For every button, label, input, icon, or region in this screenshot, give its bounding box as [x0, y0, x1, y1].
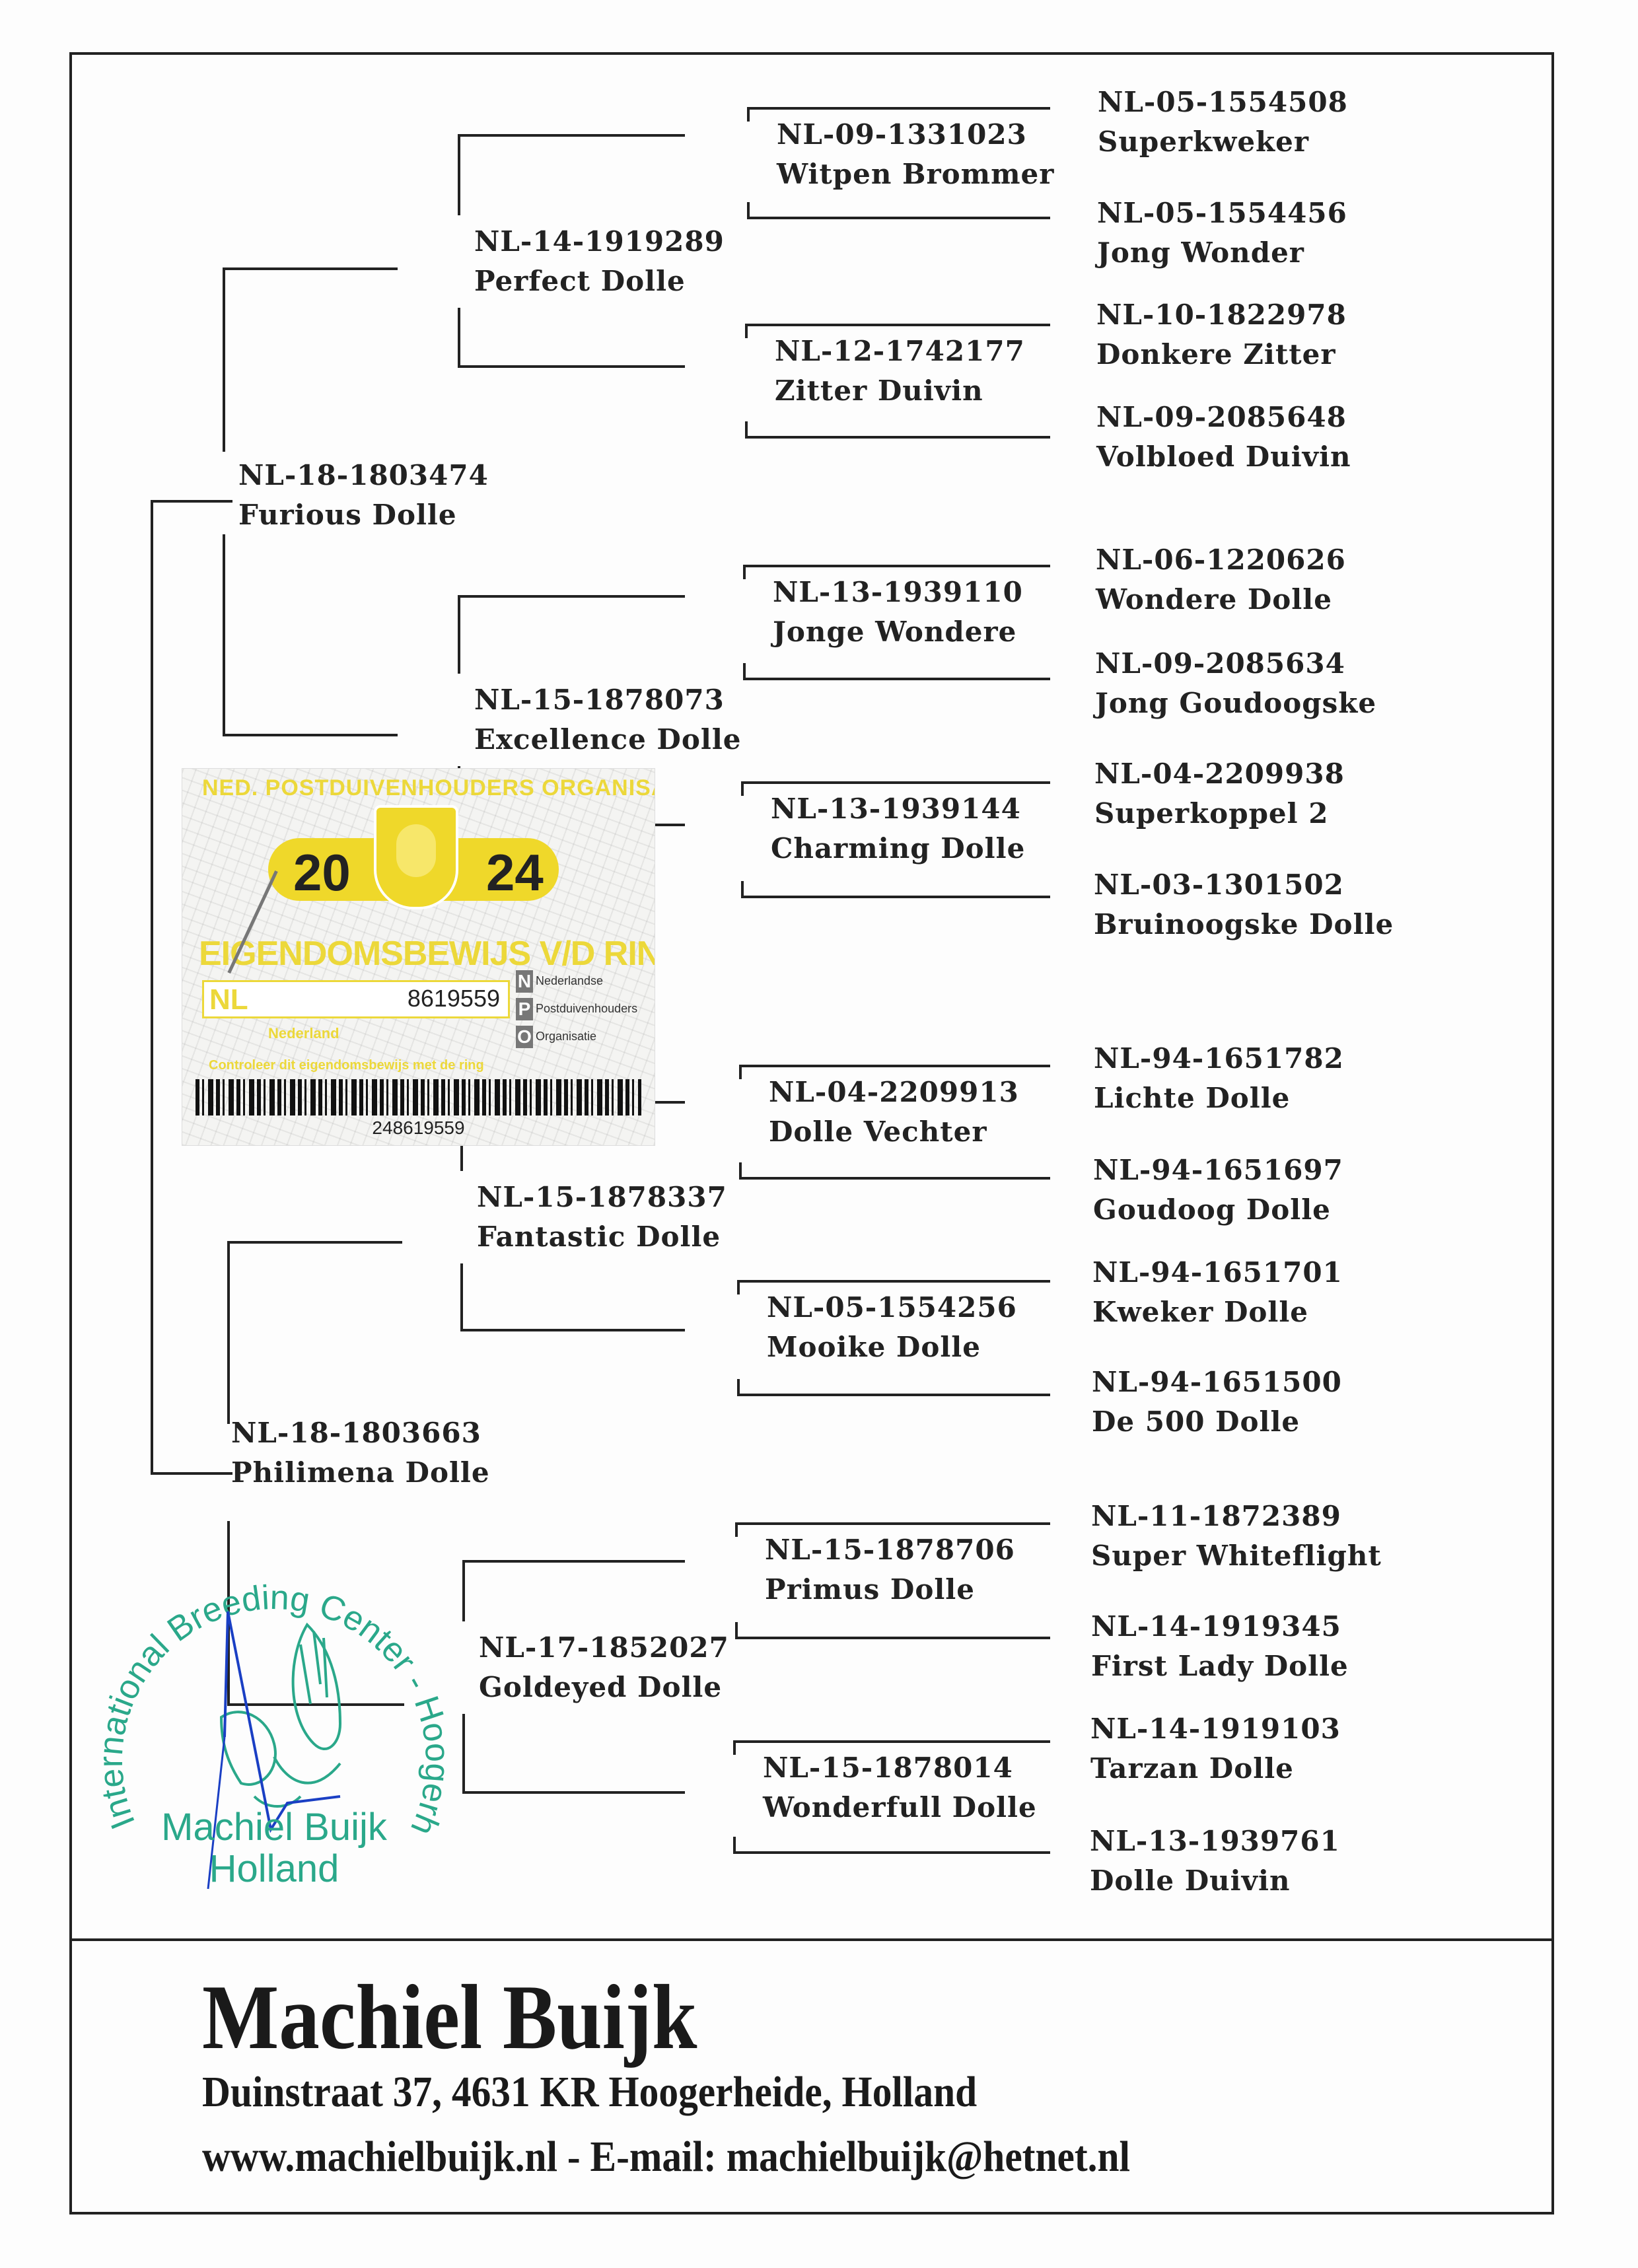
bird-name: Volbloed Duivin [1096, 437, 1351, 477]
bracket-line [747, 107, 1050, 110]
npo-letter-n: N [516, 970, 533, 993]
bracket-line [737, 1280, 1050, 1283]
bird-name: Jong Goudoogske [1095, 684, 1376, 723]
bird-name: Primus Dolle [765, 1570, 1015, 1610]
ring-number: NL-94-1651500 [1092, 1363, 1342, 1402]
eagle-icon [221, 1625, 340, 1806]
bird-name: Furious Dolle [238, 495, 489, 535]
bird-name: Philimena Dolle [231, 1453, 490, 1493]
bird-name: Superkoppel 2 [1094, 794, 1345, 833]
bracket-line [735, 1522, 738, 1537]
ring-number: NL-14-1919103 [1090, 1709, 1341, 1749]
bird-gen3: NL-13-1939144Charming Dolle [771, 789, 1025, 868]
bird-gen4: NL-05-1554508Superkweker [1098, 83, 1348, 162]
bird-gen4: NL-06-1220626Wondere Dolle [1096, 540, 1346, 620]
bird-gen4: NL-11-1872389Super Whiteflight [1091, 1497, 1382, 1576]
bracket-line [733, 1740, 1050, 1743]
bird-name: Wonderfull Dolle [763, 1788, 1037, 1827]
lion-crest-icon [374, 805, 458, 909]
bird-name: Kweker Dolle [1092, 1293, 1343, 1332]
bracket-line [741, 896, 1050, 898]
bracket-line [745, 436, 1050, 439]
bird-gen3: NL-05-1554256Mooike Dolle [767, 1288, 1017, 1367]
bracket-line [739, 1162, 742, 1177]
bird-gen4: NL-94-1651697Goudoog Dolle [1093, 1151, 1343, 1230]
bird-name: Wondere Dolle [1096, 580, 1346, 620]
bracket-line [460, 1263, 463, 1330]
ring-number: NL-05-1554508 [1098, 83, 1348, 122]
svg-text:International Breeding Center: International Breeding Center - Hoogerhe… [89, 1545, 456, 1841]
bracket-line [458, 134, 460, 215]
ring-number: NL-15-1878337 [477, 1178, 727, 1217]
ring-number: NL-13-1939144 [771, 789, 1025, 829]
bird-gen2: NL-14-1919289Perfect Dolle [474, 222, 725, 301]
bird-gen4: NL-13-1939761Dolle Duivin [1090, 1822, 1340, 1901]
ring-number: NL-15-1878014 [763, 1748, 1037, 1788]
bracket-line [739, 1065, 742, 1079]
bird-name: Super Whiteflight [1091, 1536, 1382, 1576]
bracket-line [223, 269, 225, 452]
card-ring-number: 8619559 [408, 985, 500, 1012]
bracket-line [743, 663, 746, 678]
bird-name: Donkere Zitter [1096, 335, 1347, 374]
bird-name: First Lady Dolle [1091, 1647, 1349, 1686]
bird-gen2: NL-15-1878073Excellence Dolle [474, 680, 742, 760]
breeder-contact: www.machielbuijk.nl - E-mail: machielbui… [202, 2132, 1130, 2182]
bird-gen4: NL-05-1554456Jong Wonder [1097, 194, 1347, 273]
ring-number: NL-03-1301502 [1094, 865, 1394, 905]
ring-number: NL-17-1852027 [479, 1628, 729, 1668]
bracket-line [458, 134, 685, 137]
bird-name: Mooike Dolle [767, 1328, 1017, 1367]
bracket-line [735, 1622, 738, 1637]
bracket-line [737, 1379, 740, 1394]
npo-line: Postduivenhouders [536, 1002, 637, 1015]
bracket-line [733, 1740, 736, 1755]
bird-gen4: NL-14-1919345First Lady Dolle [1091, 1607, 1349, 1686]
breeder-stamp: International Breeding Center - Hoogerhe… [89, 1545, 459, 1915]
bird-name: Dolle Duivin [1090, 1861, 1340, 1901]
ring-number: NL-18-1803474 [238, 456, 489, 495]
ring-number: NL-05-1554256 [767, 1288, 1017, 1328]
bird-gen4: NL-10-1822978Donkere Zitter [1096, 295, 1347, 374]
bracket-line [743, 565, 1050, 567]
bird-gen4: NL-04-2209938Superkoppel 2 [1094, 754, 1345, 833]
npo-logo: NNederlandse PPostduivenhouders OOrganis… [516, 967, 637, 1050]
ring-number: NL-06-1220626 [1096, 540, 1346, 580]
bracket-line [735, 1637, 1050, 1639]
bracket-line [747, 217, 1050, 219]
bird-name: Superkweker [1098, 122, 1348, 162]
bird-gen2: NL-17-1852027Goldeyed Dolle [479, 1628, 729, 1707]
bird-gen3: NL-15-1878706Primus Dolle [765, 1530, 1015, 1610]
bracket-line [737, 1280, 740, 1294]
bracket-line [745, 324, 748, 338]
bracket-line [735, 1522, 1050, 1525]
bracket-line [745, 421, 748, 436]
bracket-line [745, 324, 1050, 326]
bracket-line [151, 501, 153, 1475]
ring-number: NL-09-2085648 [1096, 398, 1351, 437]
card-country: Nederland [268, 1025, 339, 1042]
bird-gen3: NL-12-1742177Zitter Duivin [775, 332, 1025, 411]
bird-name: Excellence Dolle [474, 720, 742, 760]
bird-name: Bruinoogske Dolle [1094, 905, 1394, 944]
ring-number: NL-94-1651697 [1093, 1151, 1343, 1190]
npo-letter-p: P [516, 998, 533, 1020]
bird-gen3: NL-13-1939110Jonge Wondere [773, 573, 1023, 652]
country-code: NL [209, 983, 248, 1016]
bracket-line [223, 267, 398, 270]
breeder-address: Duinstraat 37, 4631 KR Hoogerheide, Holl… [202, 2067, 977, 2117]
ring-number: NL-13-1939110 [773, 573, 1023, 612]
bracket-line [458, 595, 460, 674]
bracket-line [741, 781, 1050, 784]
ring-number: NL-11-1872389 [1091, 1497, 1382, 1536]
bracket-line [741, 881, 744, 896]
bird-name: Goldeyed Dolle [479, 1668, 729, 1707]
npo-letter-o: O [516, 1026, 533, 1048]
bracket-line [227, 1242, 230, 1424]
ring-number: NL-12-1742177 [775, 332, 1025, 371]
card-organisation: NED. POSTDUIVENHOUDERS ORGANISATIE [202, 775, 655, 801]
ring-number: NL-05-1554456 [1097, 194, 1347, 233]
bird-dam: NL-18-1803663 Philimena Dolle [231, 1413, 490, 1493]
npo-line: Organisatie [536, 1030, 596, 1043]
bird-gen3: NL-09-1331023Witpen Brommer [777, 115, 1054, 194]
bracket-line [737, 1394, 1050, 1396]
bracket-line [747, 202, 750, 217]
bracket-line [462, 1560, 685, 1563]
year-right: 24 [486, 843, 544, 903]
stamp-country: Holland [89, 1848, 459, 1890]
bracket-line [741, 781, 744, 796]
bird-gen3: NL-15-1878014Wonderfull Dolle [763, 1748, 1037, 1827]
bird-name: Jonge Wondere [773, 612, 1023, 652]
bracket-line [151, 500, 232, 503]
bracket-line [747, 107, 750, 122]
bracket-line [739, 1177, 1050, 1180]
ring-number: NL-10-1822978 [1096, 295, 1347, 335]
ring-number: NL-14-1919345 [1091, 1607, 1349, 1647]
npo-line: Nederlandse [536, 974, 603, 987]
bracket-line [743, 565, 746, 579]
bracket-line [462, 1791, 685, 1794]
bird-gen4: NL-09-2085634Jong Goudoogske [1095, 644, 1376, 723]
bird-gen2: NL-15-1878337Fantastic Dolle [477, 1178, 727, 1257]
bird-gen4: NL-14-1919103Tarzan Dolle [1090, 1709, 1341, 1789]
bird-name: Witpen Brommer [777, 155, 1054, 194]
barcode [196, 1079, 641, 1116]
ring-number: NL-09-1331023 [777, 115, 1054, 155]
bracket-line [458, 595, 685, 598]
bird-gen4: NL-09-2085648Volbloed Duivin [1096, 398, 1351, 477]
ring-number: NL-15-1878073 [474, 680, 742, 720]
bird-name: Charming Dolle [771, 829, 1025, 868]
bird-name: Goudoog Dolle [1093, 1190, 1343, 1230]
bird-name: Jong Wonder [1097, 233, 1347, 273]
ring-number: NL-04-2209913 [769, 1073, 1019, 1112]
ring-number: NL-94-1651701 [1092, 1253, 1343, 1293]
breeder-name: Machiel Buijk [202, 1968, 697, 2067]
card-check-text: Controleer dit eigendomsbewijs met de ri… [209, 1058, 484, 1073]
bird-name: Perfect Dolle [474, 262, 725, 301]
ring-number: NL-13-1939761 [1090, 1822, 1340, 1861]
bracket-line [739, 1065, 1050, 1067]
bird-name: Fantastic Dolle [477, 1217, 727, 1257]
barcode-number: 248619559 [182, 1117, 655, 1139]
bird-name: Dolle Vechter [769, 1112, 1019, 1152]
bird-gen3: NL-04-2209913Dolle Vechter [769, 1073, 1019, 1152]
bracket-line [733, 1837, 736, 1851]
bracket-line [223, 734, 398, 736]
ring-number: NL-14-1919289 [474, 222, 725, 262]
bird-gen4: NL-94-1651500De 500 Dolle [1092, 1363, 1342, 1442]
bracket-line [743, 678, 1050, 680]
ownership-certificate: NED. POSTDUIVENHOUDERS ORGANISATIE 20 24… [182, 768, 655, 1146]
bracket-line [733, 1851, 1050, 1854]
bracket-line [462, 1560, 465, 1621]
bird-name: De 500 Dolle [1092, 1402, 1342, 1442]
stamp-name: Machiel Buijk [89, 1806, 459, 1849]
bird-name: Zitter Duivin [775, 371, 1025, 411]
bracket-line [462, 1714, 465, 1792]
ring-number: NL-18-1803663 [231, 1413, 490, 1453]
ring-number: NL-94-1651782 [1094, 1039, 1344, 1079]
bracket-line [151, 1472, 232, 1475]
bird-name: Lichte Dolle [1094, 1079, 1344, 1118]
footer-divider [69, 1938, 1554, 1941]
bracket-line [458, 365, 685, 368]
bird-gen4: NL-94-1651782Lichte Dolle [1094, 1039, 1344, 1118]
year-left: 20 [293, 843, 351, 903]
ring-number: NL-09-2085634 [1095, 644, 1376, 684]
bracket-line [460, 1329, 685, 1331]
bracket-line [227, 1241, 402, 1244]
bird-sire: NL-18-1803474 Furious Dolle [238, 456, 489, 535]
ring-number-box: NL 8619559 [202, 980, 510, 1018]
ring-number: NL-04-2209938 [1094, 754, 1345, 794]
bracket-line [223, 534, 225, 736]
bird-gen4: NL-94-1651701Kweker Dolle [1092, 1253, 1343, 1332]
bird-name: Tarzan Dolle [1090, 1749, 1341, 1789]
ring-number: NL-15-1878706 [765, 1530, 1015, 1570]
bracket-line [458, 308, 460, 367]
bird-gen4: NL-03-1301502Bruinoogske Dolle [1094, 865, 1394, 944]
